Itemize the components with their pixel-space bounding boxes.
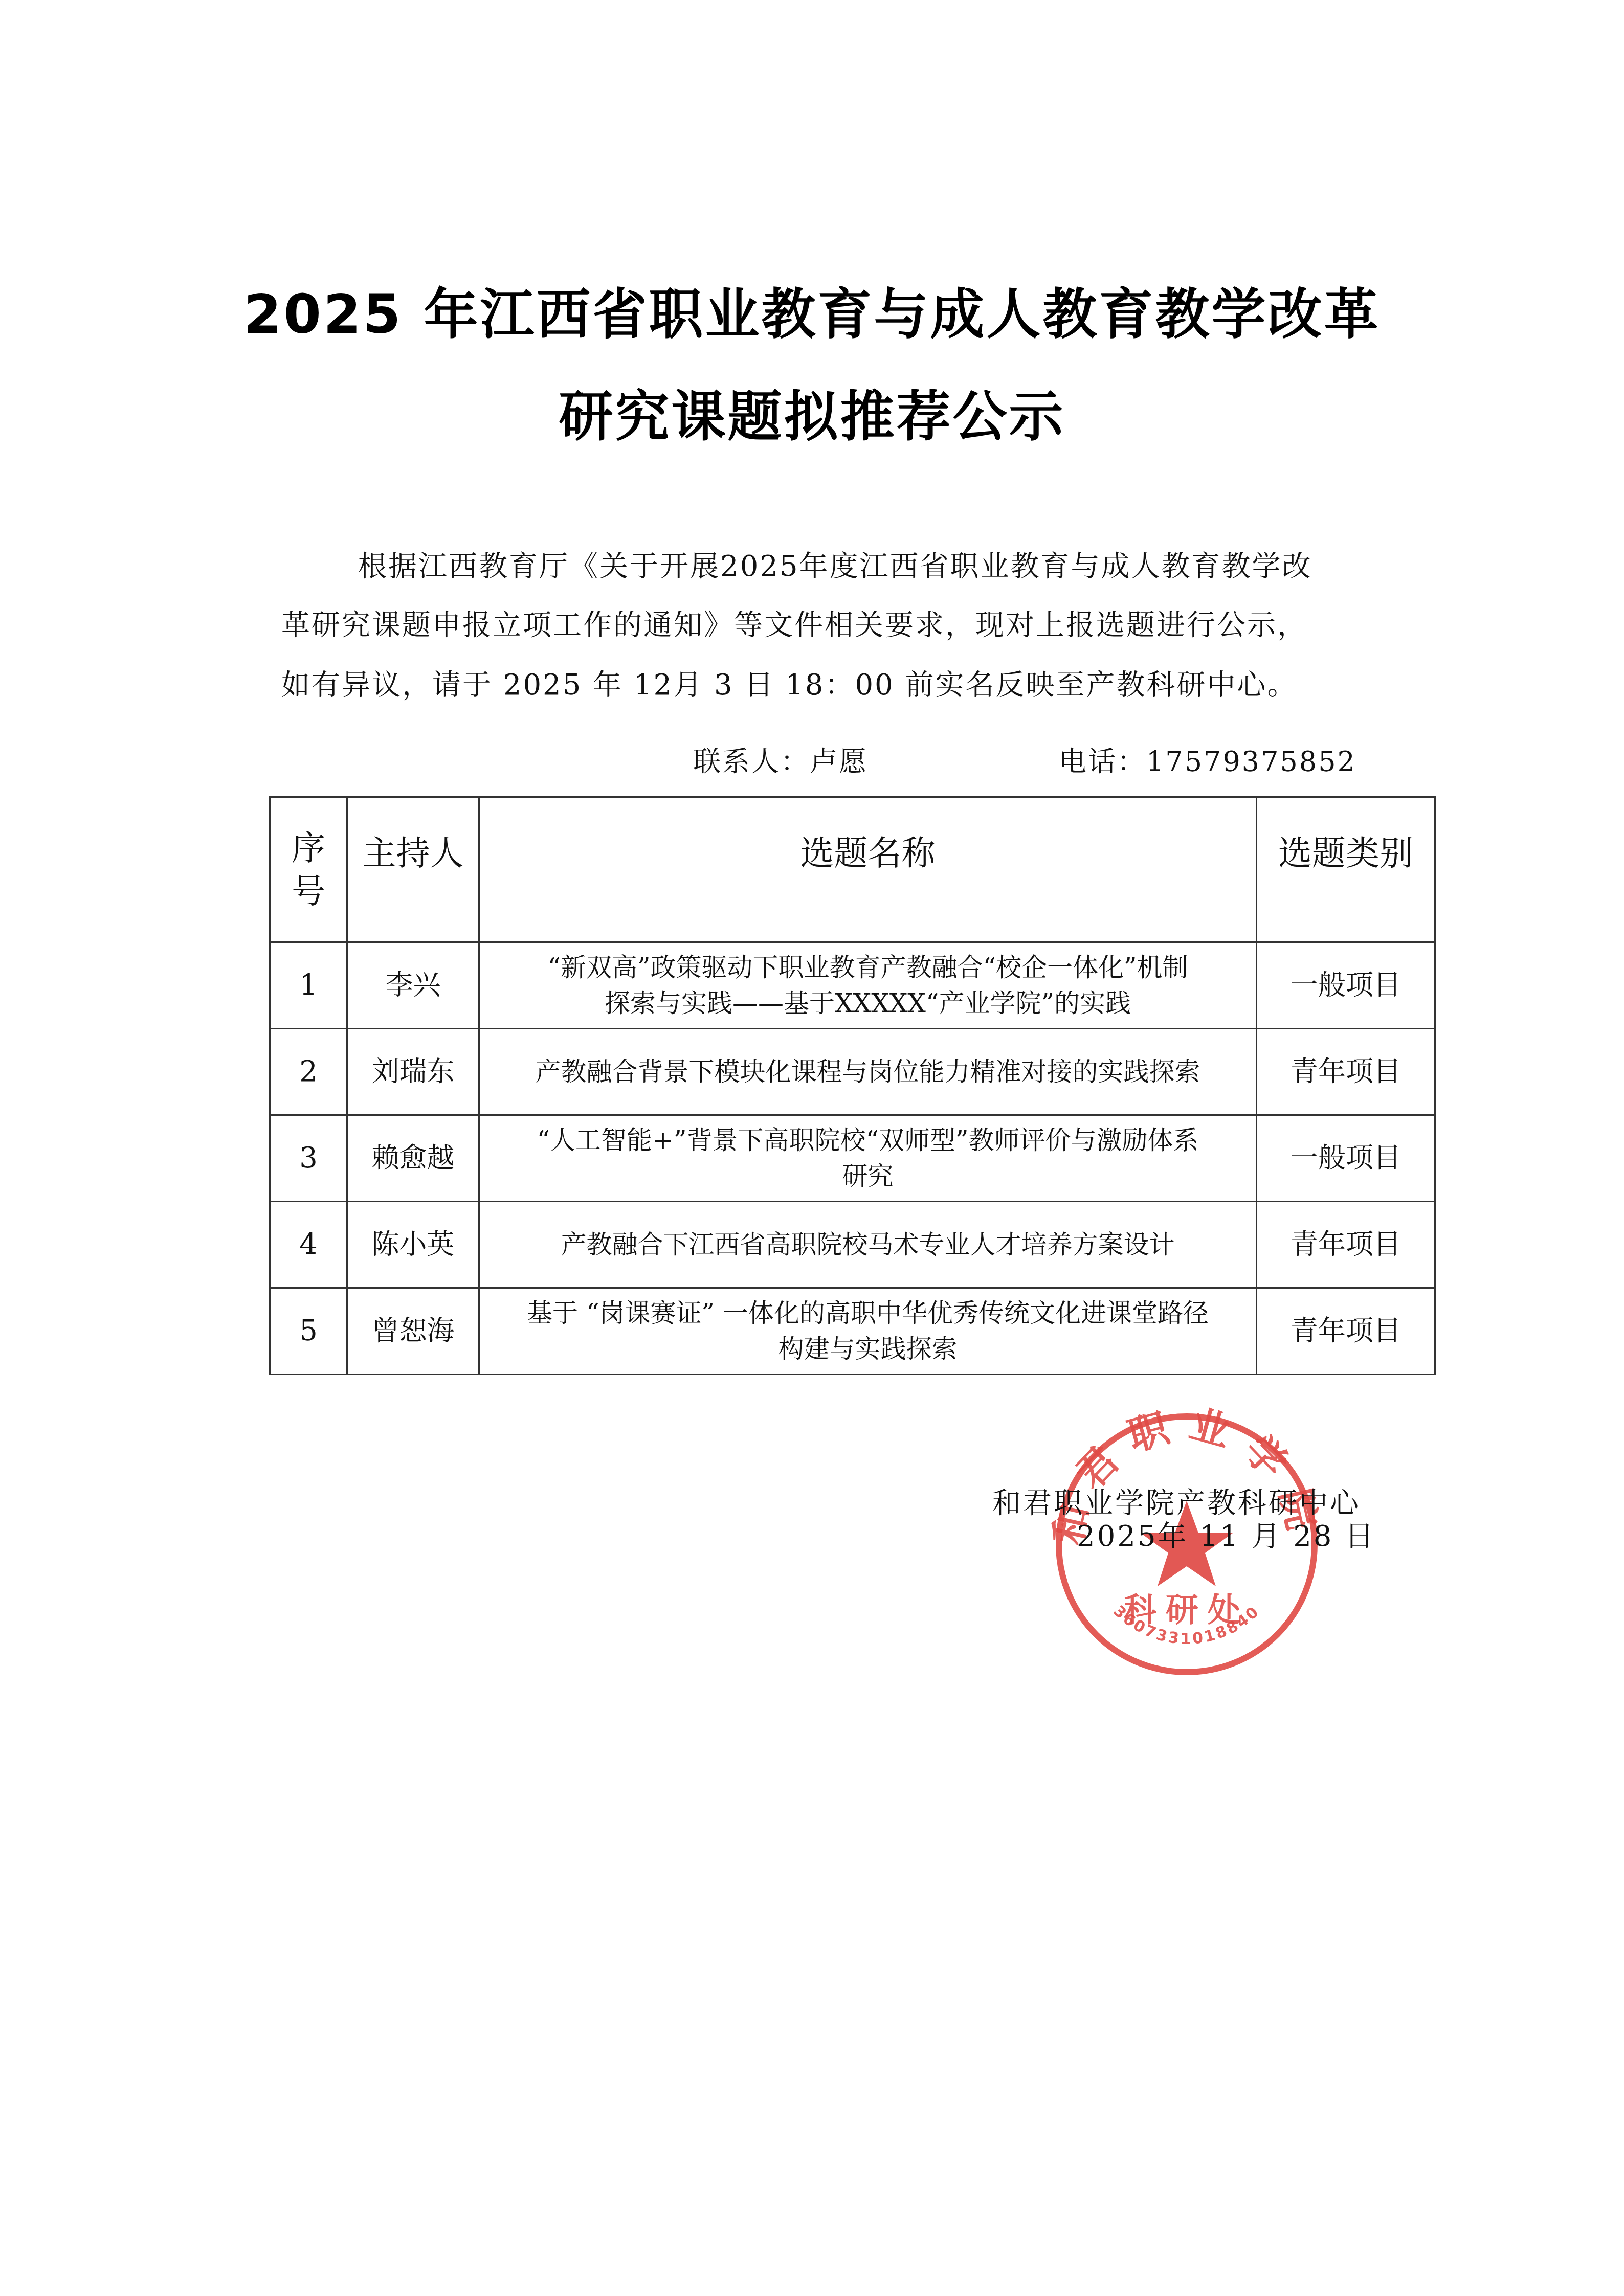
cell-topic: “新双高”政策驱动下职业教育产教融合“校企一体化”机制 探索与实践——基于XXX… bbox=[479, 942, 1257, 1029]
header-category: 选题类别 bbox=[1257, 797, 1435, 942]
cell-category: 青年项目 bbox=[1257, 1288, 1435, 1375]
document-title-line-1: 2025 年江西省职业教育与成人教育教学改革 bbox=[0, 271, 1624, 349]
projects-table: 序号 主持人 选题名称 选题类别 1 李兴 “新双高”政策驱动下职业教育产教融合… bbox=[269, 796, 1436, 1375]
cell-category: 一般项目 bbox=[1257, 1115, 1435, 1202]
body-paragraph-line-1: 根据江西教育厅《关于开展2025年度江西省职业教育与成人教育教学改 bbox=[358, 552, 1483, 581]
cell-topic-line-1: 基于 “岗课赛证” 一体化的高职中华优秀传统文化进课堂路径 bbox=[483, 1295, 1253, 1331]
contact-person: 联系人：卢愿 bbox=[693, 740, 868, 779]
table-row: 3 赖愈越 “人工智能+”背景下高职院校“双师型”教师评价与激励体系 研究 一般… bbox=[270, 1115, 1435, 1202]
cell-topic: 基于 “岗课赛证” 一体化的高职中华优秀传统文化进课堂路径 构建与实践探索 bbox=[479, 1288, 1257, 1375]
body-paragraph-line-3: 如有异议，请于 2025 年 12月 3 日 18：00 前实名反映至产教科研中… bbox=[281, 671, 1407, 700]
cell-host: 曾恕海 bbox=[347, 1288, 479, 1375]
header-seq-label: 序号 bbox=[291, 827, 326, 913]
document-title-line-2: 研究课题拟推荐公示 bbox=[0, 373, 1624, 451]
header-host: 主持人 bbox=[347, 797, 479, 942]
cell-seq: 5 bbox=[270, 1288, 347, 1375]
cell-category: 青年项目 bbox=[1257, 1202, 1435, 1288]
cell-topic-line-1: “新双高”政策驱动下职业教育产教融合“校企一体化”机制 bbox=[483, 950, 1253, 985]
cell-topic-line-1: 产教融合背景下模块化课程与岗位能力精准对接的实践探索 bbox=[483, 1054, 1253, 1090]
header-seq: 序号 bbox=[270, 797, 347, 942]
body-paragraph-line-2: 革研究课题申报立项工作的通知》等文件相关要求，现对上报选题进行公示， bbox=[281, 611, 1407, 640]
cell-topic-line-2: 构建与实践探索 bbox=[483, 1331, 1253, 1367]
cell-topic: “人工智能+”背景下高职院校“双师型”教师评价与激励体系 研究 bbox=[479, 1115, 1257, 1202]
header-topic: 选题名称 bbox=[479, 797, 1257, 942]
cell-category: 一般项目 bbox=[1257, 942, 1435, 1029]
table-row: 5 曾恕海 基于 “岗课赛证” 一体化的高职中华优秀传统文化进课堂路径 构建与实… bbox=[270, 1288, 1435, 1375]
table-row: 4 陈小英 产教融合下江西省高职院校马术专业人才培养方案设计 青年项目 bbox=[270, 1202, 1435, 1288]
signature-date: 2025年 11 月 28 日 bbox=[1077, 1514, 1375, 1555]
cell-topic-line-1: “人工智能+”背景下高职院校“双师型”教师评价与激励体系 bbox=[483, 1122, 1253, 1158]
cell-seq: 1 bbox=[270, 942, 347, 1029]
contact-phone: 电话：17579375852 bbox=[1059, 740, 1356, 779]
cell-seq: 2 bbox=[270, 1029, 347, 1115]
cell-topic: 产教融合背景下模块化课程与岗位能力精准对接的实践探索 bbox=[479, 1029, 1257, 1115]
cell-seq: 3 bbox=[270, 1115, 347, 1202]
cell-seq: 4 bbox=[270, 1202, 347, 1288]
cell-topic-line-2: 探索与实践——基于XXXXX“产业学院”的实践 bbox=[483, 985, 1253, 1021]
table-row: 2 刘瑞东 产教融合背景下模块化课程与岗位能力精准对接的实践探索 青年项目 bbox=[270, 1029, 1435, 1115]
cell-topic-line-1: 产教融合下江西省高职院校马术专业人才培养方案设计 bbox=[483, 1227, 1253, 1263]
cell-host: 赖愈越 bbox=[347, 1115, 479, 1202]
cell-host: 李兴 bbox=[347, 942, 479, 1029]
table-header-row: 序号 主持人 选题名称 选题类别 bbox=[270, 797, 1435, 942]
cell-host: 陈小英 bbox=[347, 1202, 479, 1288]
table-row: 1 李兴 “新双高”政策驱动下职业教育产教融合“校企一体化”机制 探索与实践——… bbox=[270, 942, 1435, 1029]
cell-topic: 产教融合下江西省高职院校马术专业人才培养方案设计 bbox=[479, 1202, 1257, 1288]
cell-topic-line-2: 研究 bbox=[483, 1158, 1253, 1194]
cell-host: 刘瑞东 bbox=[347, 1029, 479, 1115]
cell-category: 青年项目 bbox=[1257, 1029, 1435, 1115]
